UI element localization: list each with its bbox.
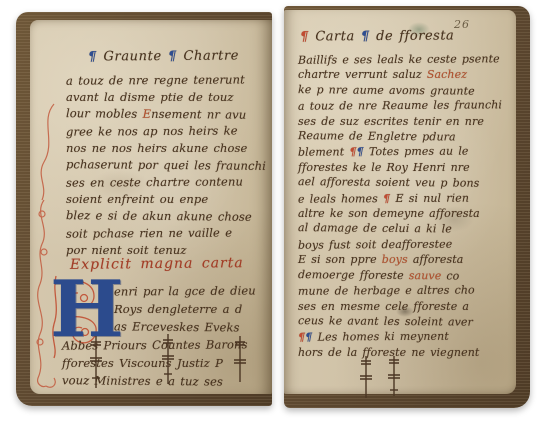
text-line: al damage de celui a ki le: [298, 221, 502, 238]
text-segment: ael afforesta soient veu p bons: [298, 175, 480, 190]
text-line: Baillifs e ses leals ke ceste psente: [298, 51, 502, 68]
text-line: e leals homes ¶ E si nul rien: [298, 190, 502, 207]
text-segment: gree ke nos ap nos heirs ke: [66, 123, 238, 138]
text-segment: sauve: [409, 269, 442, 282]
text-segment: hors de la fforeste ne viegnent: [298, 346, 479, 359]
text-segment: co: [441, 269, 459, 282]
text-segment: nsement nr avu: [151, 107, 246, 122]
text-line: enri par la gce de dieu: [114, 282, 256, 301]
text-segment: ¶: [300, 29, 315, 44]
text-segment: ¶: [361, 29, 376, 44]
text-segment: Roys dengleterre a d: [114, 302, 242, 316]
text-line: hors de la fforeste ne viegnent: [298, 345, 502, 360]
text-line: avant la disme ptie de touz: [66, 89, 266, 106]
text-segment: ¶: [168, 49, 184, 64]
text-segment: as Erceveskes Eveks: [114, 319, 240, 334]
text-segment: ses en ceste chartre contenu: [66, 174, 243, 189]
text-segment: ke p nre aume avoms graunte: [298, 83, 475, 98]
text-line: soient enfreint ou enpe: [66, 191, 266, 208]
left-page-lower-text: Abbes Priours Countes Baronsfforestes Vi…: [62, 336, 248, 390]
text-segment: vouz Ministres e a tuz ses: [62, 373, 223, 388]
text-line: ¶ Carta ¶ de fforesta: [300, 27, 454, 45]
text-line: blement ¶¶ Totes pmes au le: [298, 144, 502, 161]
folio-number: 26: [454, 18, 470, 31]
text-segment: boys: [382, 253, 408, 266]
text-segment: al damage de celui a ki le: [298, 222, 452, 236]
text-segment: lour mobles: [66, 106, 143, 121]
text-segment: ses de suz escrites tenir en nre: [298, 115, 484, 128]
text-line: nos ne nos heirs akune chose: [66, 140, 266, 157]
text-segment: afforesta: [408, 253, 464, 266]
text-segment: enri par la gce de dieu: [114, 284, 256, 299]
right-page: 26 ¶ Carta ¶ de fforesta Baillifs e ses …: [284, 10, 516, 394]
text-line: ¶ Graunte ¶ Chartre: [88, 47, 239, 65]
text-line: soit pchase rien ne vaille e: [66, 224, 266, 242]
text-segment: chartre verrunt saluz: [298, 68, 427, 81]
text-line: ael afforesta soient veu p bons: [298, 174, 502, 191]
text-segment: Baillifs e ses leals ke ceste psente: [298, 52, 500, 66]
text-line: ses en mesme cele fforeste a: [298, 299, 502, 314]
left-page: ¶ Graunte ¶ Chartre a touz de nre regne …: [30, 20, 272, 394]
text-segment: Chartre: [183, 48, 239, 63]
text-line: ¶¶ Les homes ki meynent: [298, 329, 502, 346]
text-segment: Abbes Priours Countes Barons: [62, 337, 248, 352]
text-segment: Sachez: [427, 68, 467, 81]
text-segment: demoerge fforeste: [298, 268, 409, 282]
text-segment: mune de herbage e altres cho: [298, 284, 475, 298]
text-line: ses en ceste chartre contenu: [66, 173, 266, 191]
text-line: lour mobles Ensement nr avu: [66, 105, 266, 124]
text-segment: e leals homes: [298, 192, 383, 206]
text-segment: ¶: [383, 192, 396, 205]
text-segment: altre ke son demeyne afforesta: [298, 207, 480, 220]
text-segment: avant la disme ptie de touz: [66, 90, 234, 104]
text-segment: ses en mesme cele fforeste a: [298, 300, 469, 313]
text-line: vouz Ministres e a tuz ses: [62, 371, 248, 391]
text-segment: Les homes ki meynent: [318, 330, 449, 344]
text-line: gree ke nos ap nos heirs ke: [66, 122, 266, 140]
text-line: boys fust soit deafforestee: [298, 236, 502, 253]
text-segment: Graunte: [103, 49, 168, 64]
text-segment: ¶: [88, 49, 104, 64]
text-segment: a touz de nre Reaume les fraunchi: [298, 99, 502, 113]
text-line: Abbes Priours Countes Barons: [62, 335, 248, 354]
text-segment: blez e si de akun akune chose: [66, 208, 252, 224]
manuscript-photo: ¶ Graunte ¶ Chartre a touz de nre regne …: [0, 0, 540, 422]
text-line: a touz de nre regne tenerunt: [66, 71, 266, 89]
text-segment: soient enfreint ou enpe: [66, 192, 208, 206]
text-segment: fforestes ke le Roy Henri nre: [298, 161, 470, 174]
text-line: Roys dengleterre a d: [114, 300, 256, 318]
text-segment: E si nul rien: [395, 191, 469, 205]
text-segment: blement: [298, 146, 349, 159]
text-segment: Totes pmes au le: [369, 145, 469, 159]
text-segment: ¶: [305, 331, 318, 344]
text-line: ses de suz escrites tenir en nre: [298, 114, 502, 129]
text-line: a touz de nre Reaume les fraunchi: [298, 98, 502, 115]
text-segment: E si son ppre: [298, 253, 382, 266]
text-line: blez e si de akun akune chose: [66, 207, 266, 226]
text-segment: nos ne nos heirs akune chose: [66, 141, 247, 155]
right-page-heading: ¶ Carta ¶ de fforesta: [300, 28, 454, 45]
left-page-body-text: a touz de nre regne teneruntavant la dis…: [66, 72, 266, 259]
text-line: mune de herbage e altres cho: [298, 282, 502, 299]
text-segment: soit pchase rien ne vaille e: [66, 226, 232, 241]
text-line: altre ke son demeyne afforesta: [298, 206, 502, 221]
text-segment: fforestes Viscouns Justiz P: [62, 356, 223, 370]
text-segment: ¶: [356, 146, 369, 159]
text-line: fforestes ke le Roy Henri nre: [298, 160, 502, 175]
text-segment: pchaserunt por quei les fraunchi: [66, 157, 266, 173]
left-page-initial-side-text: enri par la gce de dieuRoys dengleterre …: [114, 282, 256, 336]
text-segment: Carta: [315, 29, 361, 44]
text-line: fforestes Viscouns Justiz P: [62, 354, 248, 372]
text-segment: de fforesta: [376, 28, 454, 44]
text-segment: a touz de nre regne tenerunt: [66, 72, 245, 87]
text-line: chartre verrunt saluz Sachez: [298, 67, 502, 82]
text-segment: ceus ke avant les soleint aver: [298, 314, 473, 329]
text-line: as Erceveskes Eveks: [114, 317, 256, 336]
text-segment: Reaume de Engletre pdura: [298, 129, 456, 143]
text-line: E si son ppre boys afforesta: [298, 252, 502, 267]
text-line: pchaserunt por quei les fraunchi: [66, 156, 266, 175]
text-segment: E: [143, 107, 152, 121]
text-line: demoerge fforeste sauve co: [298, 267, 502, 284]
right-page-body-text: Baillifs e ses leals ke ceste psentechar…: [298, 52, 502, 360]
left-page-heading: ¶ Graunte ¶ Chartre: [88, 48, 239, 65]
text-segment: boys fust soit deafforestee: [298, 238, 452, 252]
